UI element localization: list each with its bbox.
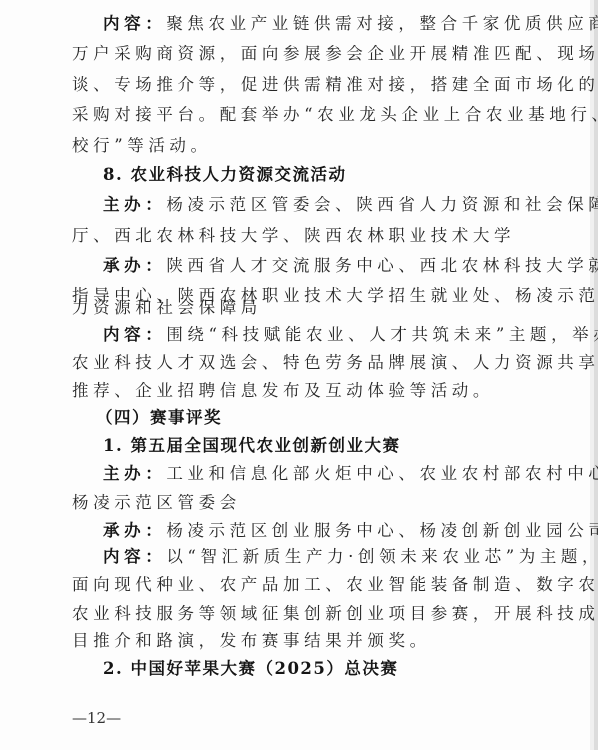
item-heading: 2. 中国好苹果大赛（2025）总决赛 xyxy=(103,654,553,684)
text-line: 杨凌示范区管委会、陕西省人力资源和社会保障 xyxy=(166,195,598,214)
paragraph-line: 推荐、企业招聘信息发布及互动体验等活动。 xyxy=(72,376,522,406)
content-label: 内容： xyxy=(103,547,166,566)
paragraph-line: 承办：陕西省人才交流服务中心、西北农林科技大学就业 xyxy=(103,251,553,281)
paragraph-line: 万户采购商资源，面向参展参会企业开展精准匹配、现场洽 xyxy=(72,39,522,69)
document-page: 内容：聚焦农业产业链供需对接，整合千家优质供应商与 万户采购商资源，面向参展参会… xyxy=(0,0,598,750)
host-label: 主办： xyxy=(103,195,166,214)
text-line: 围绕“科技赋能农业、人才共筑未来”主题，举办 xyxy=(166,325,598,344)
paragraph-line: 目推介和路演，发布赛事结果并颁奖。 xyxy=(72,626,522,656)
organizer-label: 承办： xyxy=(103,256,166,275)
paragraph-line: 采购对接平台。配套举办“农业龙头企业上合农业基地行、高 xyxy=(72,100,522,130)
paragraph-line: 厅、西北农林科技大学、陕西农林职业技术大学 xyxy=(72,221,522,251)
text-line: 以“智汇新质生产力·创领未来农业芯”为主题， xyxy=(166,547,598,566)
paragraph-line: 谈、专场推介等，促进供需精准对接，搭建全面市场化的高效 xyxy=(72,70,522,100)
paragraph-line: 内容：围绕“科技赋能农业、人才共筑未来”主题，举办 xyxy=(103,320,553,350)
text-line: 陕西省人才交流服务中心、西北农林科技大学就业 xyxy=(166,256,598,275)
paragraph-line: 面向现代种业、农产品加工、农业智能装备制造、数字农业、 xyxy=(72,570,522,600)
item-heading: 1. 第五届全国现代农业创新创业大赛 xyxy=(103,431,553,461)
item-heading: 8. 农业科技人力资源交流活动 xyxy=(103,160,553,190)
paragraph-line: 力资源和社会保障局 xyxy=(72,293,522,323)
paragraph-line: 内容：聚焦农业产业链供需对接，整合千家优质供应商与 xyxy=(103,9,553,39)
page-number: —12— xyxy=(72,704,121,732)
paragraph-line: 杨凌示范区管委会 xyxy=(72,488,522,518)
paragraph-line: 校行”等活动。 xyxy=(72,131,522,161)
paragraph-line: 内容：以“智汇新质生产力·创领未来农业芯”为主题， xyxy=(103,542,553,572)
host-label: 主办： xyxy=(103,464,166,483)
text-line: 聚焦农业产业链供需对接，整合千家优质供应商与 xyxy=(166,14,598,33)
text-line: 工业和信息化部火炬中心、农业农村部农村中心、 xyxy=(166,464,598,483)
organizer-label: 承办： xyxy=(103,521,166,540)
content-label: 内容： xyxy=(103,325,166,344)
paragraph-line: 主办：工业和信息化部火炬中心、农业农村部农村中心、 xyxy=(103,459,553,489)
section-heading: （四）赛事评奖 xyxy=(96,403,546,433)
paragraph-line: 农业科技人才双选会、特色劳务品牌展演、人力资源共享平台 xyxy=(72,348,522,378)
text-line: 杨凌示范区创业服务中心、杨凌创新创业园公司 xyxy=(166,521,598,540)
paragraph-line: 主办：杨凌示范区管委会、陕西省人力资源和社会保障 xyxy=(103,190,553,220)
paragraph-line: 农业科技服务等领域征集创新创业项目参赛，开展科技成果项 xyxy=(72,599,522,629)
content-label: 内容： xyxy=(103,14,166,33)
